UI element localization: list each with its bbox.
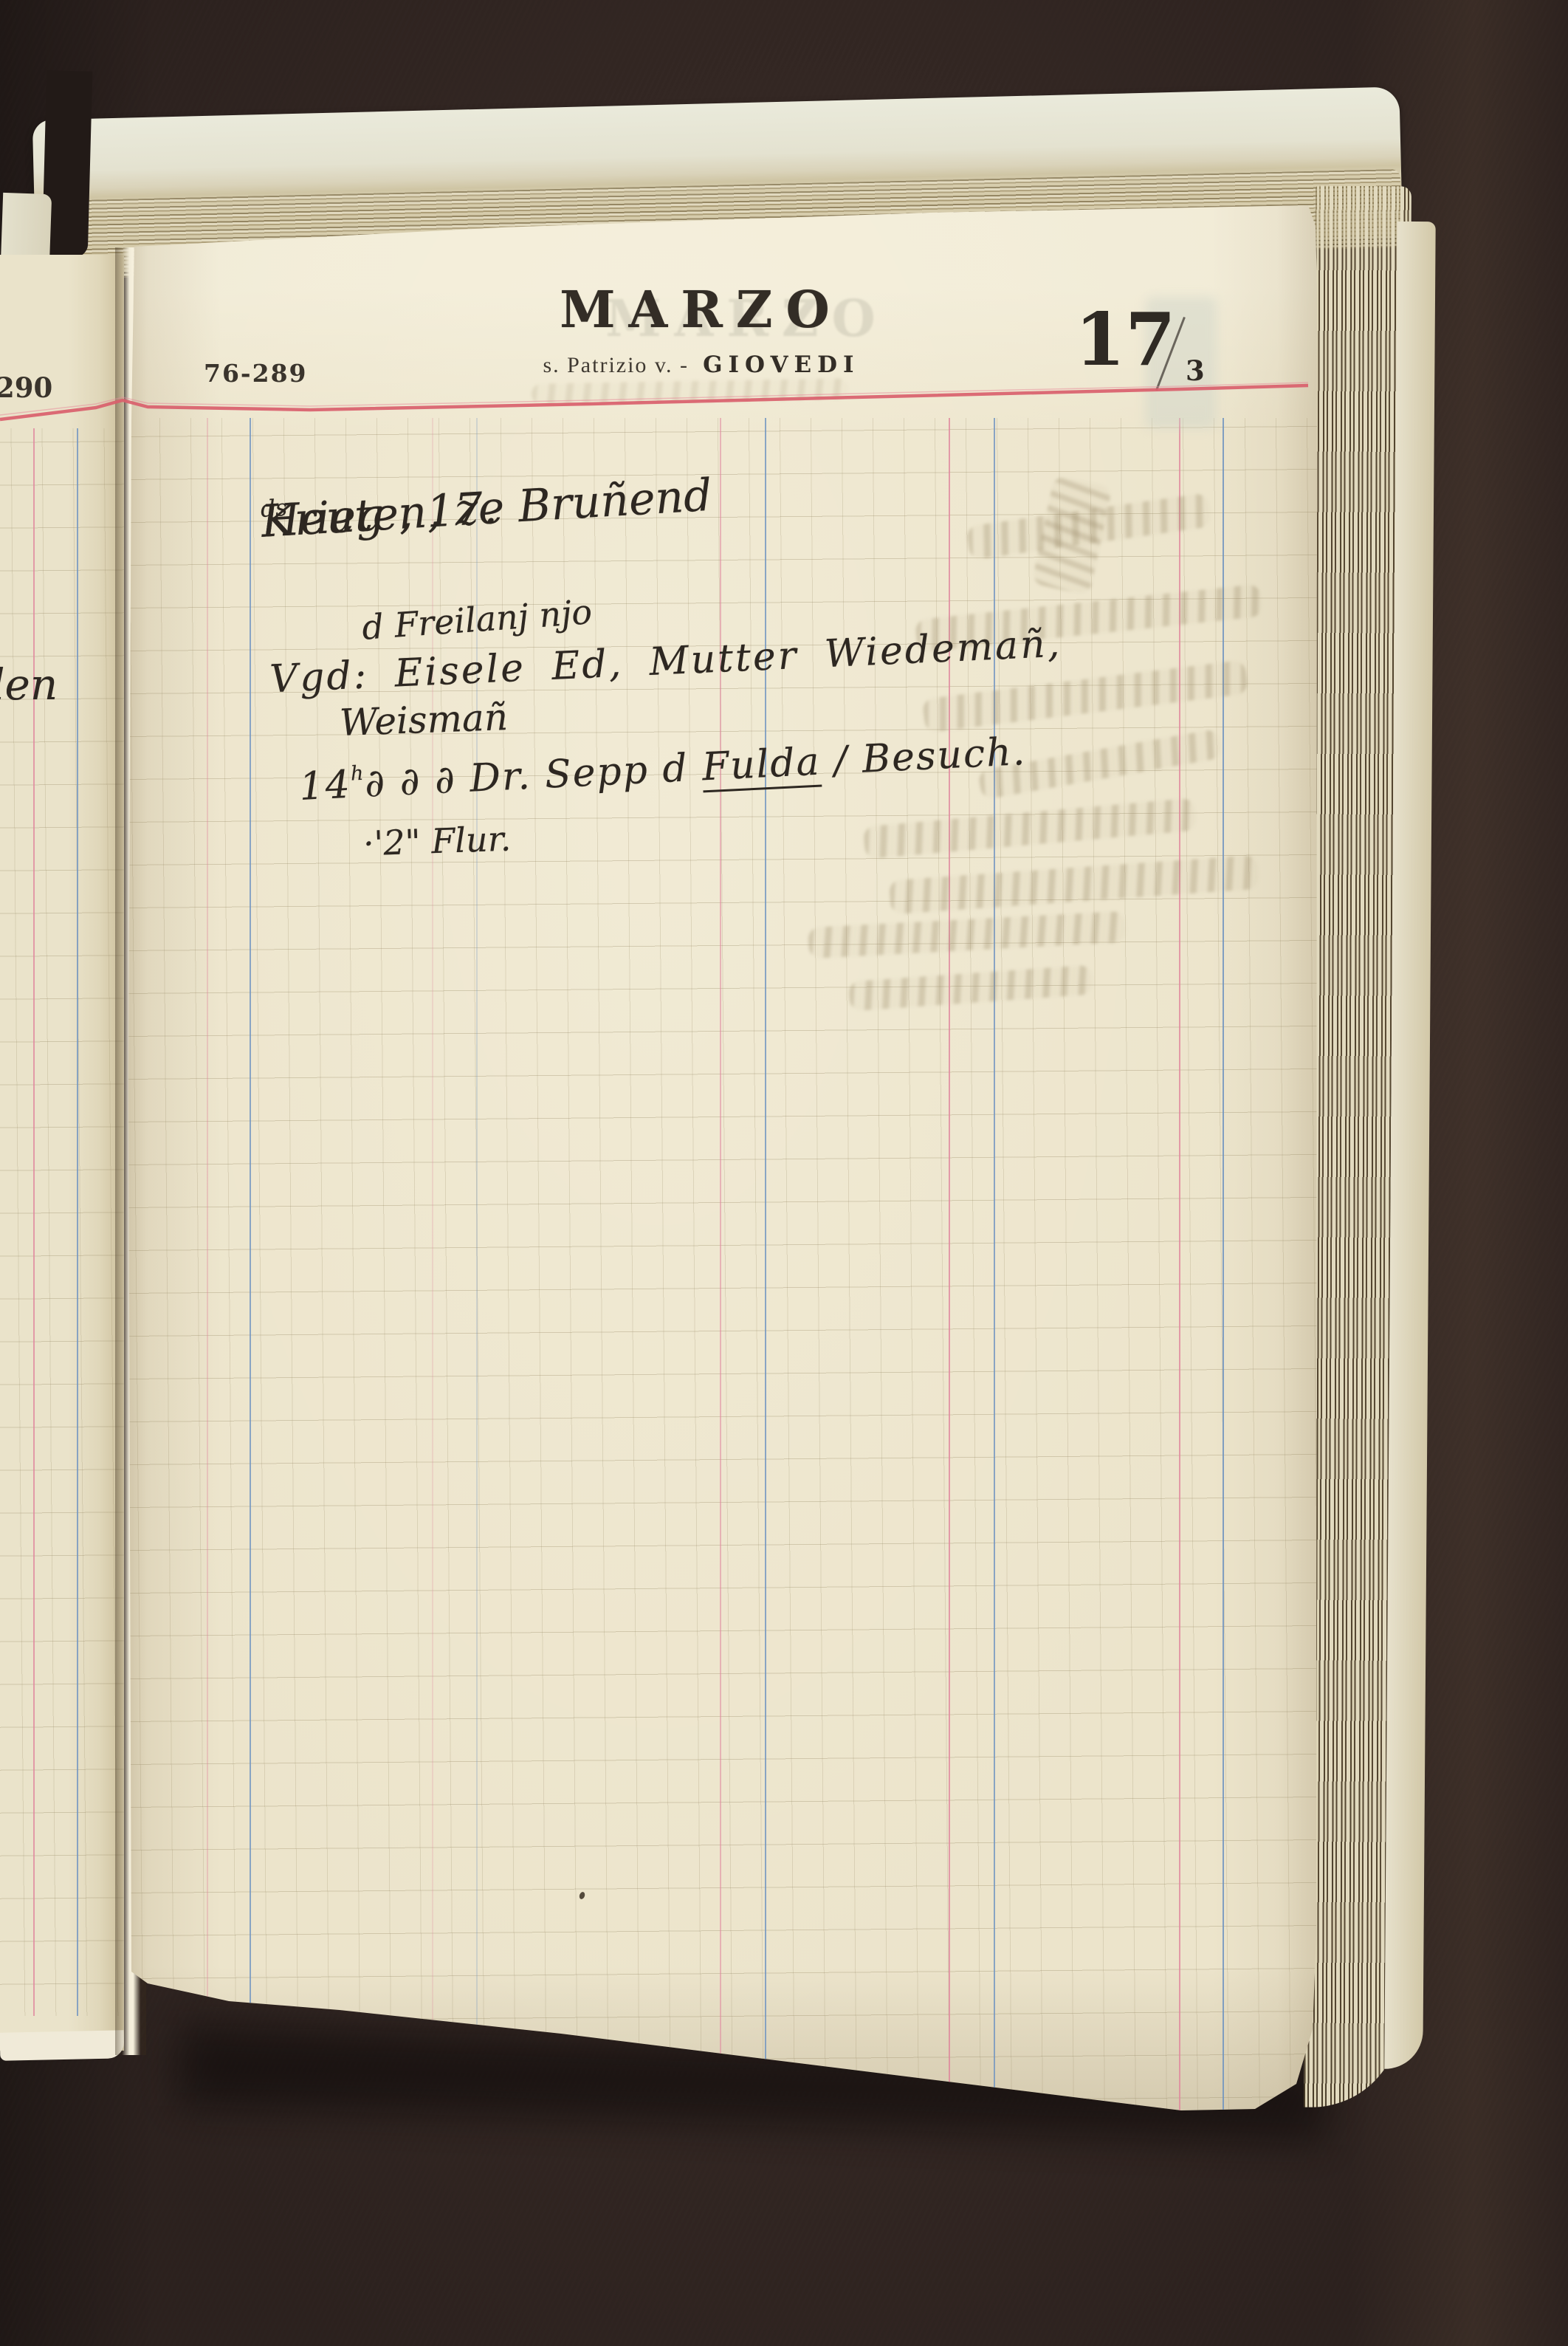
handwriting-text: 14 (298, 763, 352, 809)
pink-rule-line (949, 418, 950, 2119)
pink-rule-line (207, 418, 208, 2119)
saint-name: s. Patrizio v. - (543, 353, 689, 377)
month-title: MARZO (532, 281, 871, 340)
month-number: 3 (1186, 354, 1205, 387)
blue-rule-line (994, 418, 995, 2119)
left-page-number: 290 (0, 371, 52, 404)
day-number: 17 (1075, 304, 1175, 377)
blue-rule-line (250, 418, 251, 2119)
handwriting-fragment: len (0, 659, 58, 710)
pages-reference: 76-289 (204, 359, 308, 388)
handwriting-underlined-word: Fulda (701, 740, 822, 793)
blue-rule-line (77, 428, 78, 2016)
left-page-bottom-curl (0, 2030, 124, 2061)
scanned-diary-photo: 290 len MARZO MARZO s. Patrizio v. - GIO… (0, 0, 1568, 2346)
diary-page: MARZO MARZO s. Patrizio v. - GIOVEDI 76-… (118, 199, 1321, 2119)
left-page-sliver: 290 len (0, 255, 124, 2051)
handwriting-line-4: Weismañ (339, 696, 509, 744)
handwriting-line-6: ·'2" Flur. (362, 819, 512, 864)
handwriting-superscript: h (350, 762, 364, 786)
weekday-label: GIOVEDI (703, 351, 860, 378)
saint-weekday-row: s. Patrizio v. - GIOVEDI (495, 351, 908, 378)
